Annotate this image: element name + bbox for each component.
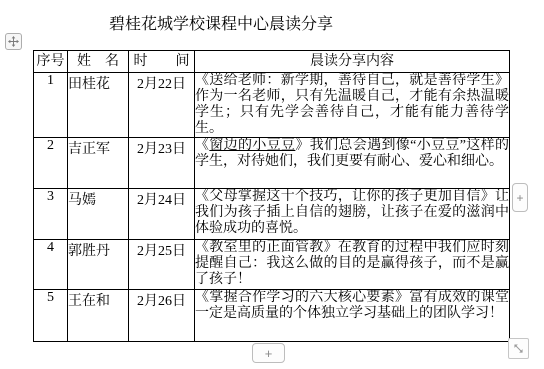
row-number-cell[interactable]: 4 xyxy=(34,240,68,290)
table-row: 3 马嫣 2月24日 《父母掌握这十个技巧，让你的孩子更加自信》让我们为孩子插上… xyxy=(34,189,510,240)
row-number: 4 xyxy=(47,240,54,255)
row-number-cell[interactable]: 2 xyxy=(34,138,68,189)
plus-icon: + xyxy=(265,346,273,361)
date-cell[interactable]: 2月22日 xyxy=(129,73,195,138)
row-number: 5 xyxy=(47,290,54,305)
add-row-button[interactable]: + xyxy=(252,343,285,363)
header-name[interactable]: 姓 名 xyxy=(68,51,129,73)
content-text: 《父母掌握这十个技巧，让你的孩子更加自信》让我们为孩子插上自信的翅膀，让孩子在爱… xyxy=(195,189,509,236)
content-cell[interactable]: 《掌握合作学习的六大核心要素》富有成效的课堂一定是高质量的个体独立学习基础上的团… xyxy=(195,290,510,342)
table-row: 1 田桂花 2月22日 《送给老师：新学期，善待自己，就是善待学生》作为一名老师… xyxy=(34,73,510,138)
table-row: 4 郭胜丹 2月25日 《教室里的正面管教》在教育的过程中我们应时刻提醒自己：我… xyxy=(34,240,510,290)
content-cell[interactable]: 《送给老师：新学期，善待自己，就是善待学生》作为一名老师，只有先温暖自己，才能有… xyxy=(195,73,510,138)
table-row: 2 吉正军 2月23日 《窗边的小豆豆》我们总会遇到像“小豆豆”这样的学生，对待… xyxy=(34,138,510,189)
header-content[interactable]: 晨读分享内容 xyxy=(195,51,510,73)
header-no-label: 序号 xyxy=(37,54,65,69)
date-cell[interactable]: 2月26日 xyxy=(129,290,195,342)
name-cell[interactable]: 马嫣 xyxy=(68,189,129,240)
date-text: 2月22日 xyxy=(137,77,186,92)
row-number: 3 xyxy=(47,189,54,204)
row-number: 1 xyxy=(47,73,54,88)
row-number-cell[interactable]: 1 xyxy=(34,73,68,138)
name-text: 田桂花 xyxy=(68,77,110,92)
resize-diagonal-icon xyxy=(512,342,525,355)
name-text: 郭胜丹 xyxy=(68,244,110,259)
row-number-cell[interactable]: 3 xyxy=(34,189,68,240)
table-row: 5 王在和 2月26日 《掌握合作学习的六大核心要素》富有成效的课堂一定是高质量… xyxy=(34,290,510,342)
move-icon xyxy=(8,36,19,47)
table-resize-handle[interactable] xyxy=(508,338,529,359)
header-content-label: 晨读分享内容 xyxy=(310,54,394,69)
table-header-row: 序号 姓 名 时 间 晨读分享内容 xyxy=(34,51,510,73)
page-title: 碧桂花城学校课程中心晨读分享 xyxy=(0,11,442,34)
date-text: 2月25日 xyxy=(137,244,186,259)
table-move-handle[interactable] xyxy=(5,33,22,50)
name-cell[interactable]: 郭胜丹 xyxy=(68,240,129,290)
date-text: 2月26日 xyxy=(137,294,186,309)
content-cell[interactable]: 《窗边的小豆豆》我们总会遇到像“小豆豆”这样的学生，对待她们，我们更要有耐心、爱… xyxy=(195,138,510,189)
header-no[interactable]: 序号 xyxy=(34,51,68,73)
date-text: 2月23日 xyxy=(137,142,186,157)
name-cell[interactable]: 吉正军 xyxy=(68,138,129,189)
content-text: 《掌握合作学习的六大核心要素》富有成效的课堂一定是高质量的个体独立学习基础上的团… xyxy=(195,290,509,321)
date-cell[interactable]: 2月23日 xyxy=(129,138,195,189)
date-cell[interactable]: 2月25日 xyxy=(129,240,195,290)
content-text: 《教室里的正面管教》在教育的过程中我们应时刻提醒自己：我这么做的目的是赢得孩子，… xyxy=(195,240,509,287)
name-text: 吉正军 xyxy=(68,142,110,157)
header-time[interactable]: 时 间 xyxy=(129,51,195,73)
morning-reading-table: 序号 姓 名 时 间 晨读分享内容 1 田桂花 2月22日 《送给老师：新学期，… xyxy=(33,50,510,342)
header-time-label: 时 间 xyxy=(134,54,190,69)
content-text: 《 xyxy=(195,138,209,153)
content-text: 《送给老师：新学期，善待自己，就是善待学生》作为一名老师，只有先温暖自己，才能有… xyxy=(195,73,509,136)
name-text: 王在和 xyxy=(68,294,110,309)
plus-icon: + xyxy=(516,191,523,205)
add-column-button[interactable]: + xyxy=(512,183,528,212)
name-cell[interactable]: 田桂花 xyxy=(68,73,129,138)
date-cell[interactable]: 2月24日 xyxy=(129,189,195,240)
content-underlined-text: 窗边的小豆豆 xyxy=(209,138,295,153)
header-name-label: 姓 名 xyxy=(77,54,119,69)
content-cell[interactable]: 《教室里的正面管教》在教育的过程中我们应时刻提醒自己：我这么做的目的是赢得孩子，… xyxy=(195,240,510,290)
name-text: 马嫣 xyxy=(68,193,96,208)
name-cell[interactable]: 王在和 xyxy=(68,290,129,342)
row-number-cell[interactable]: 5 xyxy=(34,290,68,342)
date-text: 2月24日 xyxy=(137,193,186,208)
document-page: 碧桂花城学校课程中心晨读分享 序号 姓 名 时 间 晨读分享内容 1 田桂花 2… xyxy=(0,0,544,369)
content-cell[interactable]: 《父母掌握这十个技巧，让你的孩子更加自信》让我们为孩子插上自信的翅膀，让孩子在爱… xyxy=(195,189,510,240)
row-number: 2 xyxy=(47,138,54,153)
